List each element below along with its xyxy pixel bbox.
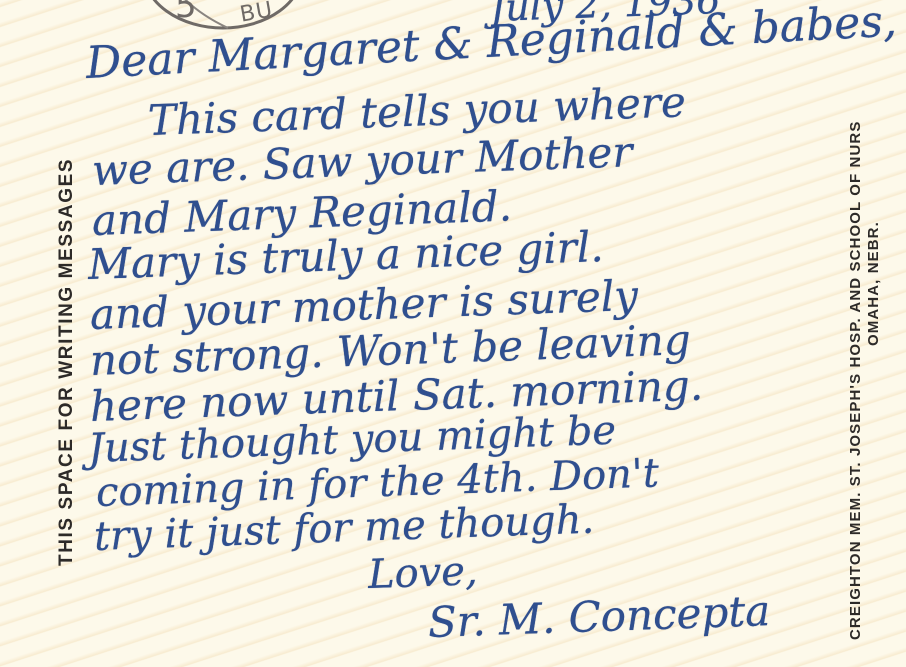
printed-institution-name: CREIGHTON MEM. ST. JOSEPH'S HOSP. AND SC…	[847, 121, 864, 640]
postmark-icon	[138, 0, 308, 30]
printed-institution-city: OMAHA, NEBR.	[865, 221, 882, 346]
handwritten-closing: Love,	[367, 548, 478, 598]
handwritten-signature: Sr. M. Concepta	[427, 586, 771, 647]
postmark-digit: 5	[175, 0, 197, 26]
postmark-circle	[138, 0, 308, 30]
postcard-back: 5 BU THIS SPACE FOR WRITING MESSAGES CRE…	[0, 0, 906, 667]
printed-message-label: THIS SPACE FOR WRITING MESSAGES	[56, 158, 78, 566]
